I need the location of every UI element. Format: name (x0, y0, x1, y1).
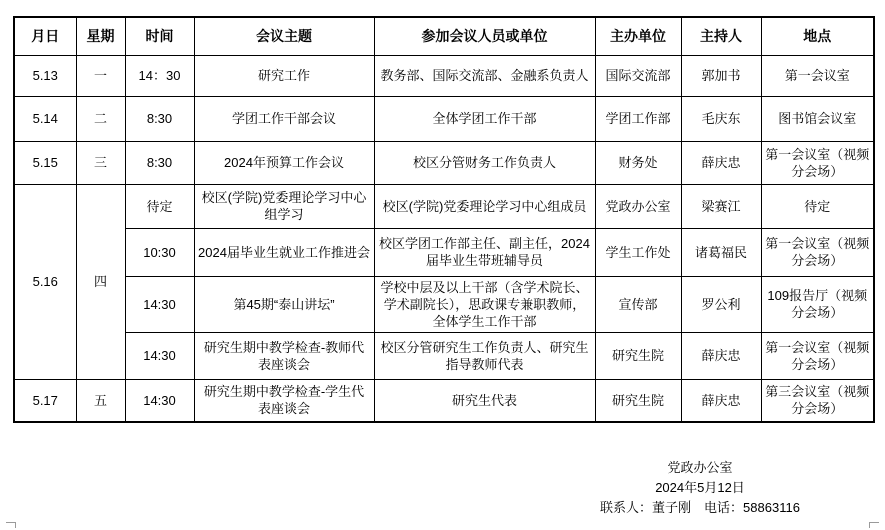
header-topic: 会议主题 (194, 17, 374, 55)
table-row: 5.16 四 待定 校区(学院)党委理论学习中心组学习 校区(学院)党委理论学习… (14, 184, 874, 228)
table-row: 5.15 三 8:30 2024年预算工作会议 校区分管财务工作负责人 财务处 … (14, 141, 874, 184)
date-cell: 5.17 (14, 379, 76, 422)
topic-cell: 2024届毕业生就业工作推进会 (194, 228, 374, 276)
date-cell: 5.14 (14, 96, 76, 141)
weekday-cell: 四 (76, 184, 125, 379)
location-cell: 109报告厅（视频分会场） (761, 276, 874, 332)
header-organizer: 主办单位 (595, 17, 681, 55)
host-cell: 郭加书 (681, 55, 761, 96)
organizer-cell: 财务处 (595, 141, 681, 184)
meeting-schedule-table: 月日 星期 时间 会议主题 参加会议人员或单位 主办单位 主持人 地点 5.13… (13, 16, 875, 423)
header-host: 主持人 (681, 17, 761, 55)
location-cell: 第三会议室（视频分会场） (761, 379, 874, 422)
footer-date: 2024年5月12日 (535, 478, 865, 498)
date-cell: 5.13 (14, 55, 76, 96)
organizer-cell: 学团工作部 (595, 96, 681, 141)
location-cell: 第一会议室（视频分会场） (761, 332, 874, 379)
participants-cell: 校区学团工作部主任、副主任，2024届毕业生带班辅导员 (374, 228, 595, 276)
participants-cell: 校区(学院)党委理论学习中心组成员 (374, 184, 595, 228)
topic-cell: 研究工作 (194, 55, 374, 96)
time-cell: 待定 (125, 184, 194, 228)
table-row: 10:30 2024届毕业生就业工作推进会 校区学团工作部主任、副主任，2024… (14, 228, 874, 276)
table-row: 5.14 二 8:30 学团工作干部会议 全体学团工作干部 学团工作部 毛庆东 … (14, 96, 874, 141)
host-cell: 薛庆忠 (681, 332, 761, 379)
time-cell: 14:30 (125, 379, 194, 422)
topic-cell: 校区(学院)党委理论学习中心组学习 (194, 184, 374, 228)
participants-cell: 全体学团工作干部 (374, 96, 595, 141)
header-weekday: 星期 (76, 17, 125, 55)
host-cell: 诸葛福民 (681, 228, 761, 276)
organizer-cell: 学生工作处 (595, 228, 681, 276)
table-row: 5.17 五 14:30 研究生期中教学检查-学生代表座谈会 研究生代表 研究生… (14, 379, 874, 422)
document-footer: 党政办公室 2024年5月12日 联系人：董子刚 电话：58863116 (535, 458, 865, 518)
organizer-cell: 宣传部 (595, 276, 681, 332)
header-time: 时间 (125, 17, 194, 55)
time-cell: 8:30 (125, 141, 194, 184)
header-date: 月日 (14, 17, 76, 55)
date-cell: 5.16 (14, 184, 76, 379)
location-cell: 待定 (761, 184, 874, 228)
host-cell: 梁赛江 (681, 184, 761, 228)
topic-cell: 学团工作干部会议 (194, 96, 374, 141)
weekday-cell: 三 (76, 141, 125, 184)
header-participants: 参加会议人员或单位 (374, 17, 595, 55)
time-cell: 14:30 (125, 332, 194, 379)
table-row: 14:30 第45期“泰山讲坛” 学校中层及以上干部（含学术院长、学术副院长），… (14, 276, 874, 332)
footer-contact: 联系人：董子刚 电话：58863116 (535, 498, 865, 518)
footer-office: 党政办公室 (535, 458, 865, 478)
participants-cell: 校区分管研究生工作负责人、研究生指导教师代表 (374, 332, 595, 379)
topic-cell: 第45期“泰山讲坛” (194, 276, 374, 332)
participants-cell: 学校中层及以上干部（含学术院长、学术副院长），思政课专兼职教师，全体学生工作干部 (374, 276, 595, 332)
weekday-cell: 二 (76, 96, 125, 141)
time-cell: 10:30 (125, 228, 194, 276)
organizer-cell: 国际交流部 (595, 55, 681, 96)
topic-cell: 2024年预算工作会议 (194, 141, 374, 184)
location-cell: 图书馆会议室 (761, 96, 874, 141)
corner-mark-right (869, 522, 879, 528)
participants-cell: 研究生代表 (374, 379, 595, 422)
host-cell: 毛庆东 (681, 96, 761, 141)
participants-cell: 教务部、国际交流部、金融系负责人 (374, 55, 595, 96)
location-cell: 第一会议室（视频分会场） (761, 228, 874, 276)
table-row: 5.13 一 14：30 研究工作 教务部、国际交流部、金融系负责人 国际交流部… (14, 55, 874, 96)
host-cell: 罗公利 (681, 276, 761, 332)
time-cell: 8:30 (125, 96, 194, 141)
weekday-cell: 一 (76, 55, 125, 96)
date-cell: 5.15 (14, 141, 76, 184)
host-cell: 薛庆忠 (681, 141, 761, 184)
topic-cell: 研究生期中教学检查-学生代表座谈会 (194, 379, 374, 422)
time-cell: 14:30 (125, 276, 194, 332)
organizer-cell: 党政办公室 (595, 184, 681, 228)
document-page: 月日 星期 时间 会议主题 参加会议人员或单位 主办单位 主持人 地点 5.13… (0, 0, 885, 530)
participants-cell: 校区分管财务工作负责人 (374, 141, 595, 184)
weekday-cell: 五 (76, 379, 125, 422)
topic-cell: 研究生期中教学检查-教师代表座谈会 (194, 332, 374, 379)
location-cell: 第一会议室 (761, 55, 874, 96)
table-row: 14:30 研究生期中教学检查-教师代表座谈会 校区分管研究生工作负责人、研究生… (14, 332, 874, 379)
header-location: 地点 (761, 17, 874, 55)
location-cell: 第一会议室（视频分会场） (761, 141, 874, 184)
table-header-row: 月日 星期 时间 会议主题 参加会议人员或单位 主办单位 主持人 地点 (14, 17, 874, 55)
host-cell: 薛庆忠 (681, 379, 761, 422)
corner-mark-left (6, 522, 16, 528)
organizer-cell: 研究生院 (595, 379, 681, 422)
organizer-cell: 研究生院 (595, 332, 681, 379)
time-cell: 14：30 (125, 55, 194, 96)
